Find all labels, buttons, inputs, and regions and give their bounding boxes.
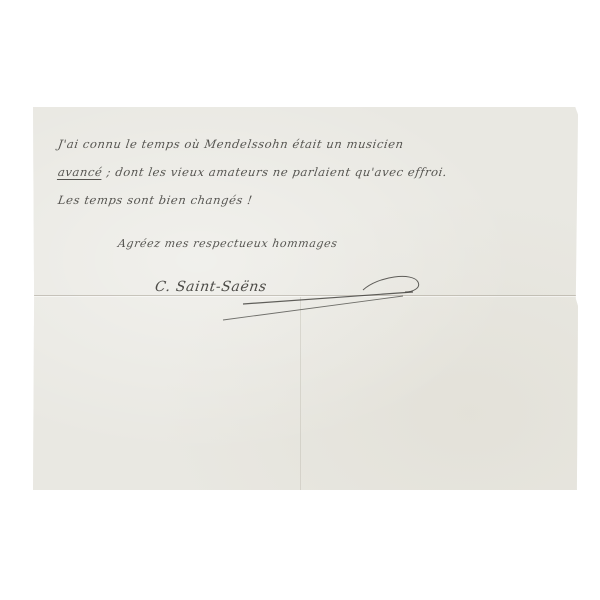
underlined-word: avancé (57, 165, 103, 179)
letter-line-2-rest: ; dont les vieux amateurs ne parlaient q… (101, 165, 448, 179)
vertical-fold-crease (300, 297, 301, 490)
letter-line-3: Les temps sont bien changés ! (57, 193, 253, 207)
closing-salutation: Agréez mes respectueux hommages (117, 237, 338, 250)
horizontal-fold-crease (33, 295, 578, 296)
letter-line-2: avancé ; dont les vieux amateurs ne parl… (57, 165, 448, 179)
letter-line-1: J'ai connu le temps où Mendelssohn était… (57, 137, 405, 151)
letter-sheet: J'ai connu le temps où Mendelssohn était… (33, 107, 578, 490)
signature: C. Saint-Saëns (154, 279, 268, 295)
